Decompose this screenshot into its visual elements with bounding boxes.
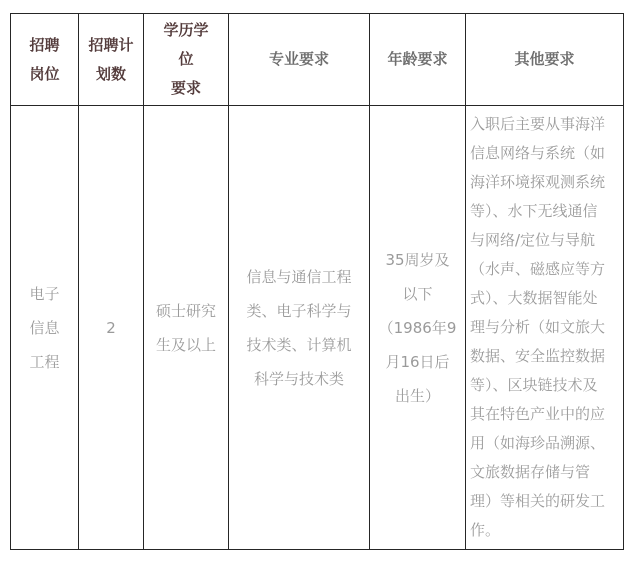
cell-plan-count: 2 bbox=[79, 106, 144, 550]
cell-major-requirement: 信息与通信工程 类、电子科学与 技术类、计算机 科学与技术类 bbox=[229, 106, 370, 550]
header-education-degree: 学历学 位 要求 bbox=[144, 14, 229, 106]
cell-other-requirement: 入职后主要从事海洋 信息网络与系统（如 海洋环境探观测系统 等）、水下无线通信 … bbox=[466, 106, 624, 550]
data-row: 电子 信息 工程 2 硕士研究 生及以上 信息与通信工程 类、电子科学与 技术类… bbox=[11, 106, 624, 550]
cell-education-degree: 硕士研究 生及以上 bbox=[144, 106, 229, 550]
header-plan-count: 招聘计 划数 bbox=[79, 14, 144, 106]
recruitment-table: 招聘 岗位 招聘计 划数 学历学 位 要求 专业要求 年龄要求 其他要求 电子 … bbox=[10, 13, 624, 550]
recruitment-table-container: 招聘 岗位 招聘计 划数 学历学 位 要求 专业要求 年龄要求 其他要求 电子 … bbox=[10, 13, 624, 550]
header-other-requirement: 其他要求 bbox=[466, 14, 624, 106]
cell-position: 电子 信息 工程 bbox=[11, 106, 79, 550]
header-major-requirement: 专业要求 bbox=[229, 14, 370, 106]
header-row: 招聘 岗位 招聘计 划数 学历学 位 要求 专业要求 年龄要求 其他要求 bbox=[11, 14, 624, 106]
cell-age-requirement: 35周岁及 以下 （1986年9 月16日后 出生） bbox=[370, 106, 466, 550]
header-position: 招聘 岗位 bbox=[11, 14, 79, 106]
header-age-requirement: 年龄要求 bbox=[370, 14, 466, 106]
